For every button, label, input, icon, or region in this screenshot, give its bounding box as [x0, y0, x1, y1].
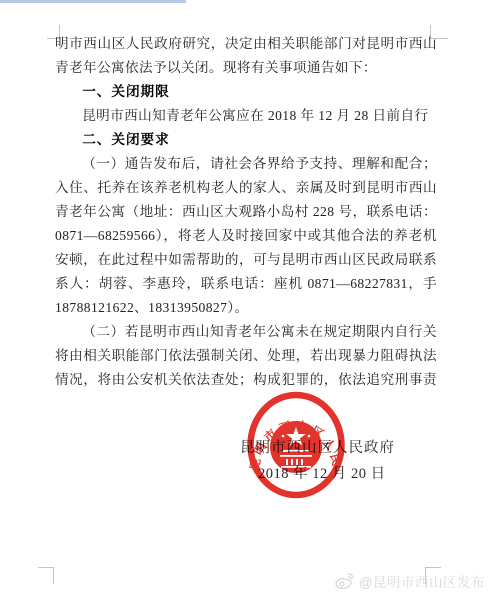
national-emblem-icon — [270, 421, 322, 473]
document-line: 入住、托养在该养老机构老人的家人、亲属及时到昆明市西山知 — [55, 176, 437, 200]
document-line: 18788121622、18313950827）。 — [55, 296, 437, 320]
document-body: 明市西山区人民政府研究，决定由相关职能部门对昆明市西山知 青老年公寓依法予以关闭… — [55, 32, 437, 392]
document-line: 系人：胡蓉、李惠玲，联系电话：座机 0871—68227831，手机 — [55, 272, 437, 296]
section-heading-2: 二、关闭要求 — [55, 128, 437, 152]
weibo-watermark: @昆明市西山区发布 — [334, 571, 485, 591]
official-seal: 昆明市西山区人民政府 — [245, 391, 347, 499]
document-line: 0871—68259566），将老人及时接回家中或其他合法的养老机构 — [55, 224, 437, 248]
document-line: 情况，将由公安机关依法查处；构成犯罪的，依法追究刑事责任。 — [55, 368, 437, 392]
document-line: 将由相关职能部门依法强制关闭、处理，若出现暴力阻碍执法等 — [55, 344, 437, 368]
document-line: 青老年公寓（地址：西山区大观路小岛村 228 号，联系电话： — [55, 200, 437, 224]
document-line: （一）通告发布后，请社会各界给予支持、理解和配合；请 — [55, 152, 437, 176]
weibo-icon — [334, 572, 355, 590]
watermark-text: @昆明市西山区发布 — [359, 571, 485, 591]
document-line: （二）若昆明市西山知青老年公寓未在规定期限内自行关闭， — [55, 320, 437, 344]
section-heading-1: 一、关闭期限 — [55, 80, 437, 104]
page-top-strip — [0, 0, 186, 3]
document-line: 明市西山区人民政府研究，决定由相关职能部门对昆明市西山知 — [55, 32, 437, 56]
document-line: 昆明市西山知青老年公寓应在 2018 年 12 月 28 日前自行关闭。 — [55, 104, 437, 128]
cropmark-bottom-left — [38, 567, 54, 584]
document-line: 青老年公寓依法予以关闭。现将有关事项通告如下： — [55, 56, 437, 80]
document-line: 安顿，在此过程中如需帮助的，可与昆明市西山区民政局联系（联 — [55, 248, 437, 272]
